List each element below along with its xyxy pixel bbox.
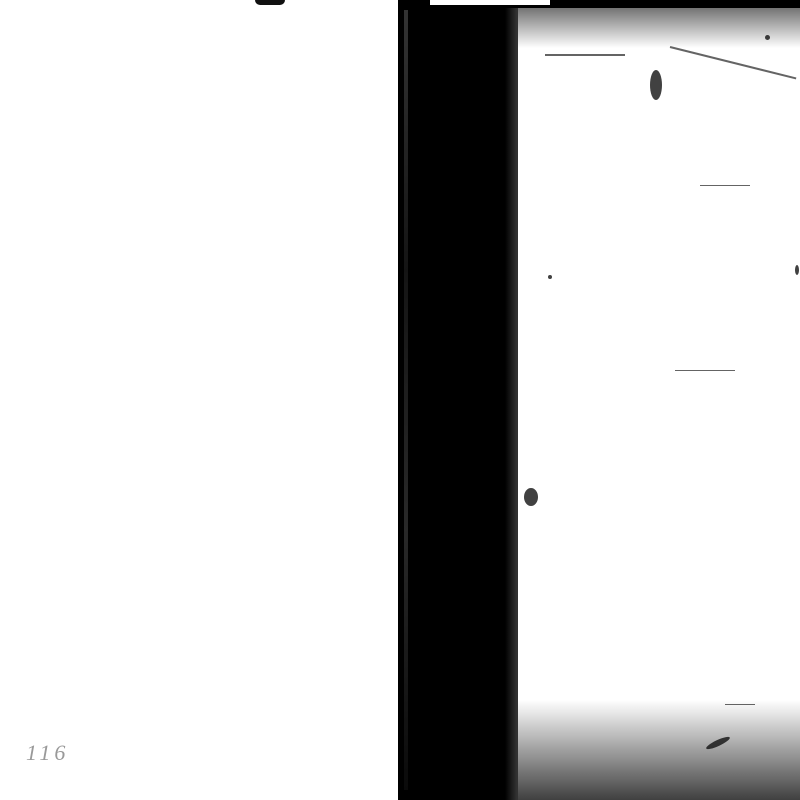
book-cover [518, 8, 800, 800]
cover-blot [524, 488, 538, 506]
top-white-gap [430, 0, 550, 5]
cover-scratch [675, 370, 735, 371]
cover-scratch [725, 704, 755, 705]
cover-blot [795, 265, 799, 275]
cover-scratch [700, 185, 750, 186]
top-ink-smudge [255, 0, 285, 5]
spine-edge-highlight [404, 10, 408, 790]
left-blank-page [0, 0, 400, 800]
cover-blot [650, 70, 662, 100]
cover-scratch [545, 54, 625, 56]
cover-blot [765, 35, 770, 40]
cover-blot [548, 275, 552, 279]
cover-top-wear [518, 8, 800, 48]
handwritten-page-number: 116 [26, 740, 69, 766]
cover-bottom-wear [518, 700, 800, 800]
book-spine [398, 0, 518, 800]
